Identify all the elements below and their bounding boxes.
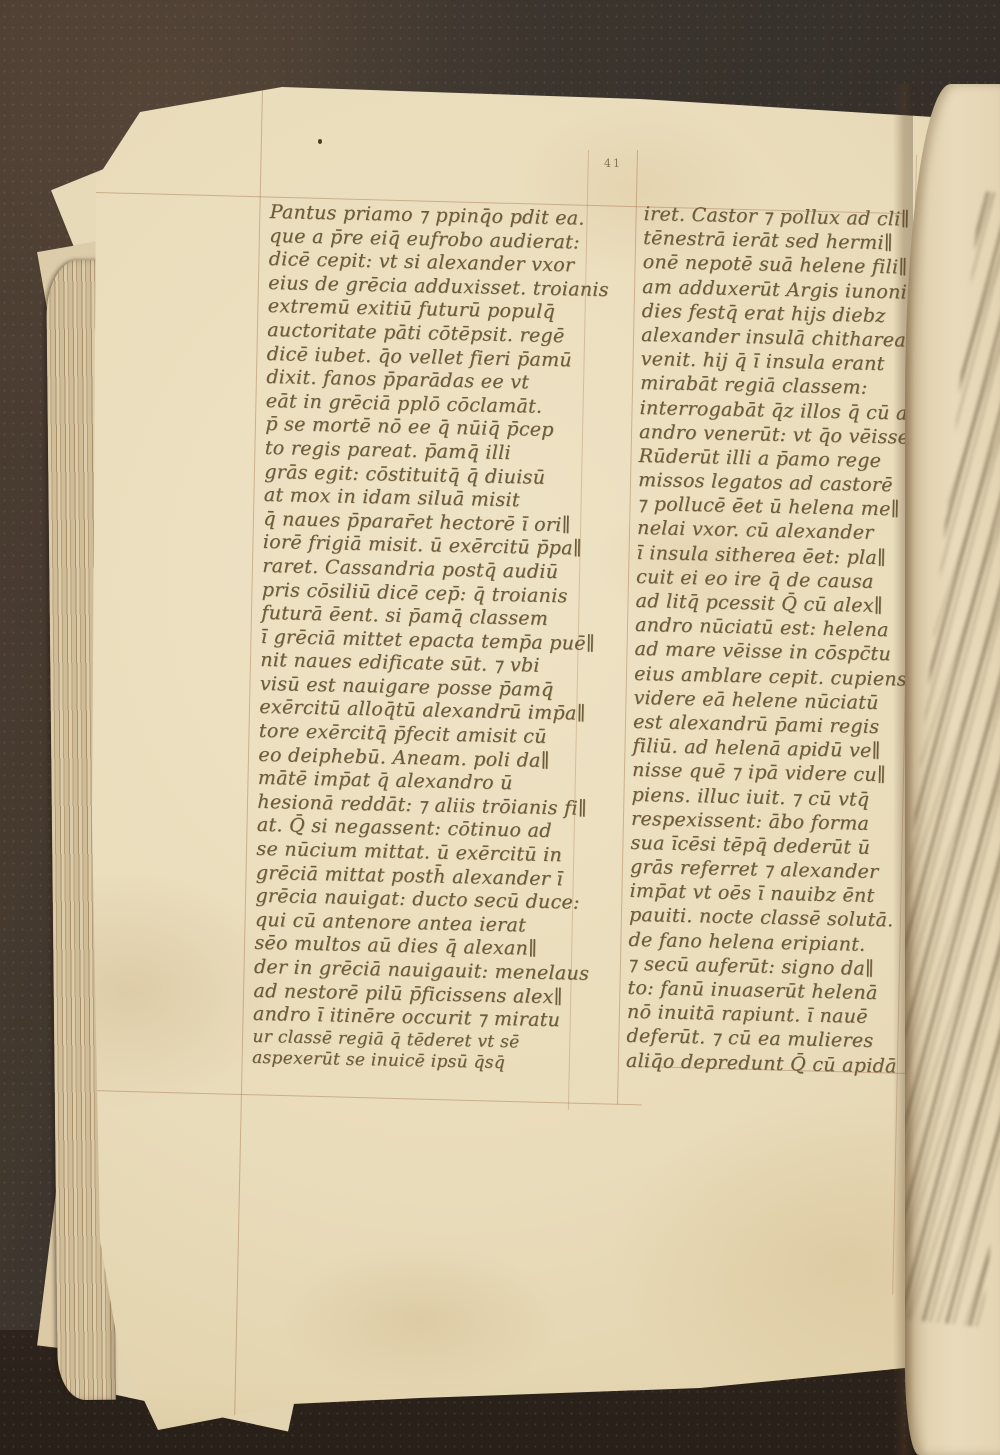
folio-number: 41 bbox=[604, 157, 622, 170]
text-line: aliq̄o depredunt Q̄ cū apidā bbox=[626, 1048, 918, 1078]
next-leaf-blurred-text bbox=[905, 191, 1000, 1327]
next-leaf-curved-edge bbox=[905, 84, 1000, 1455]
ink-spot bbox=[318, 139, 322, 144]
text-column-right: iret. Castor ⁊ pollux ad cli∥tēnestrā ie… bbox=[626, 202, 936, 1079]
manuscript-page: 41 Pantus priamo ⁊ ppinq̄o pdit ea.que a… bbox=[0, 0, 1000, 1455]
text-column-left: Pantus priamo ⁊ ppinq̄o pdit ea.que a p̄… bbox=[252, 201, 634, 1076]
ruling-line-horizontal bbox=[90, 1090, 642, 1105]
